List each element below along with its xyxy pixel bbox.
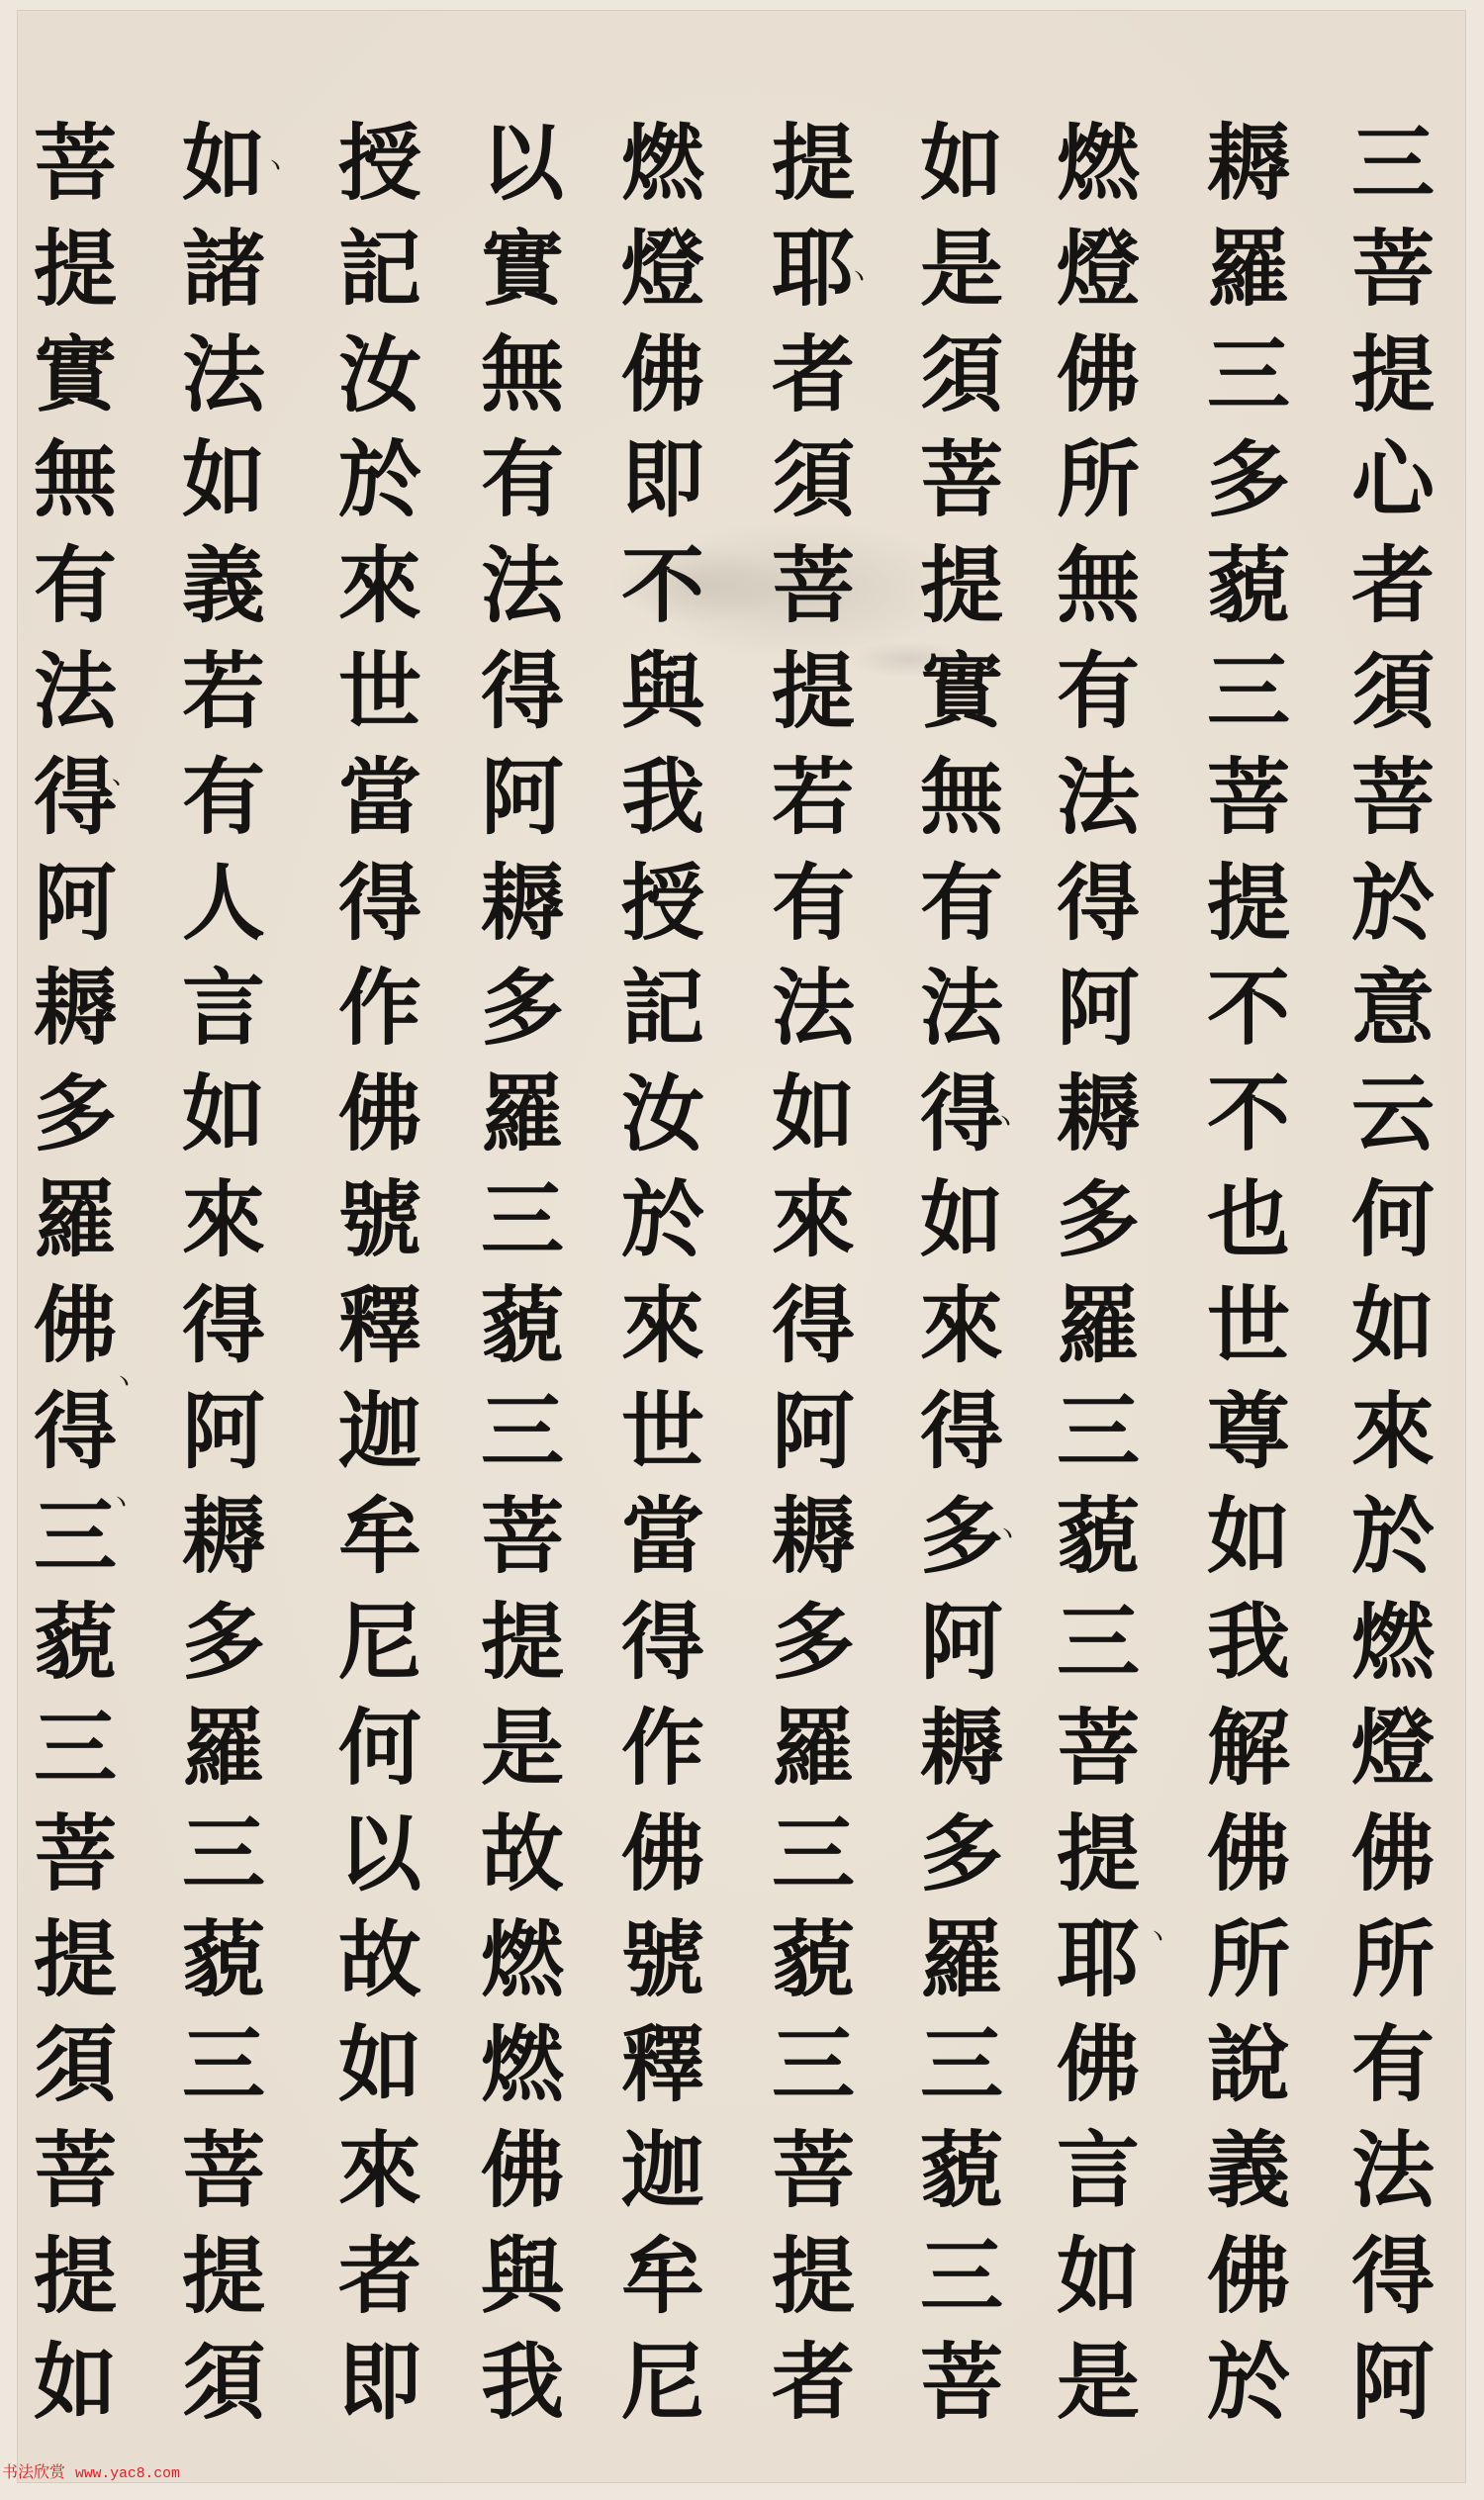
calligraphy-column-5: 提耶者須菩提若有法如來得阿耨多羅三藐三菩提者 (762, 111, 865, 2436)
correction-mark: ヽ (111, 1369, 137, 1395)
calligraphy-column-10: 菩提實無有法得阿耨多羅佛得三藐三菩提須菩提如 (24, 111, 127, 2436)
calligraphy-column-6: 燃燈佛即不與我授記汝於來世當得作佛號釋迦牟尼 (611, 111, 714, 2436)
correction-mark: ヽ (1145, 1924, 1170, 1950)
watermark-site-name: 书法欣赏 (2, 2462, 65, 2481)
correction-mark: 、 (112, 763, 138, 788)
calligraphy-column-3: 燃燈佛所無有法得阿耨多羅三藐三菩提耶佛言如是 (1047, 111, 1150, 2436)
calligraphy-column-8: 授記汝於來世當得作佛號釋迦牟尼何以故如來者即 (328, 111, 431, 2436)
calligraphy-column-9: 如諸法如義若有人言如來得阿耨多羅三藐三菩提須 (172, 111, 275, 2436)
calligraphy-column-4: 如是須菩提實無有法得如來得多阿耨多羅三藐三菩 (910, 111, 1013, 2436)
calligraphy-column-7: 以實無有法得阿耨多羅三藐三菩提是故燃燃佛與我 (471, 111, 574, 2436)
correction-mark: ヽ (994, 1522, 1020, 1547)
watermark: 书法欣赏www.yac8.com (2, 2462, 180, 2482)
correction-mark: ヽ (262, 153, 288, 179)
calligraphy-column-2: 耨羅三多藐三菩提不不也世尊如我解佛所說義佛於 (1197, 111, 1300, 2436)
watermark-url: www.yac8.com (75, 2466, 180, 2482)
calligraphy-column-1: 三菩提心者須菩於意云何如來於燃燈佛所有法得阿 (1342, 111, 1444, 2436)
correction-mark: ヽ (992, 1109, 1018, 1135)
correction-mark: ヽ (108, 1490, 134, 1516)
correction-mark: ヽ (846, 264, 872, 290)
